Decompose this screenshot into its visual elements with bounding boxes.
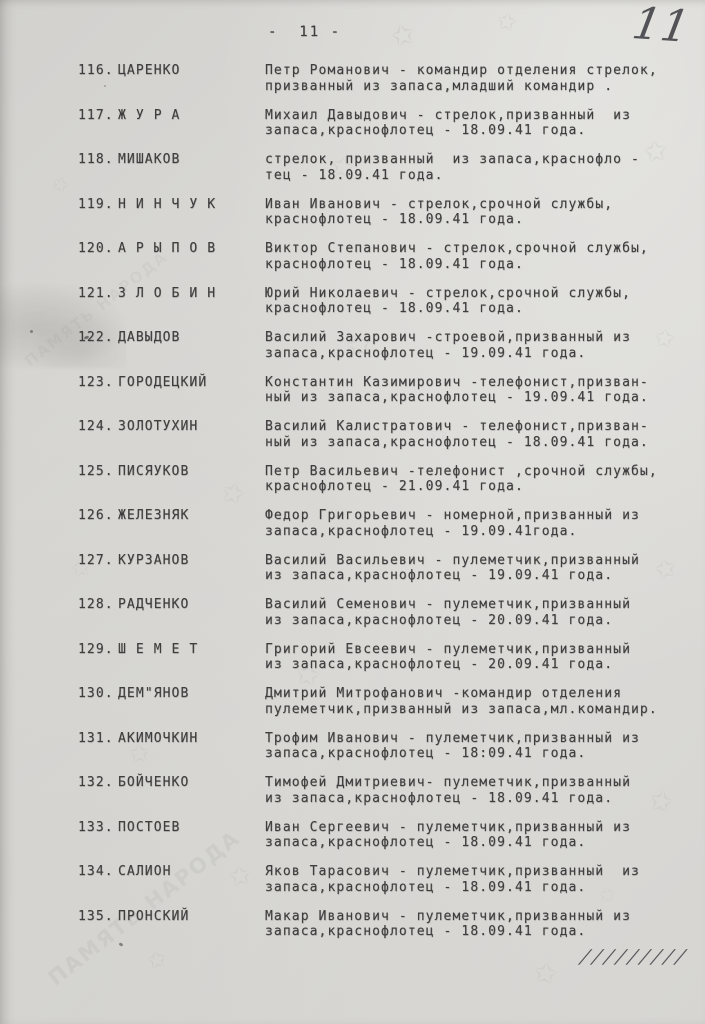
entry-description: Трофим Иванович - пулеметчик,призванный … <box>265 731 685 762</box>
entry-description: Василий Семенович - пулеметчик,призванны… <box>265 597 685 628</box>
description-line: запаса,краснофлотец - 18:09.41 года. <box>265 746 685 762</box>
entry-description: Петр Васильевич -телефонист ,срочной слу… <box>265 464 685 495</box>
entry-number: 127. <box>78 553 118 569</box>
entry-description: Петр Романович - командир отделения стре… <box>265 63 685 94</box>
entry-number: 126. <box>78 508 118 524</box>
list-entry: 130.ДЕМ"ЯНОВДмитрий Митрофанович -команд… <box>0 686 705 717</box>
entry-description: Василий Захарович -строевой,призванный и… <box>265 330 685 361</box>
description-line: Юрий Николаевич - стрелок,срочной службы… <box>265 286 685 302</box>
description-line: Григорий Евсеевич - пулеметчик,призванны… <box>265 642 685 658</box>
entry-number: 122. <box>78 330 118 346</box>
list-entry: 116.ЦАРЕНКОПетр Романович - командир отд… <box>0 63 705 94</box>
entry-number: 124. <box>78 419 118 435</box>
description-line: Макар Иванович - пулеметчик,призванный и… <box>265 909 685 925</box>
entry-description: Дмитрий Митрофанович -командир отделения… <box>265 686 685 717</box>
list-entry: 131.АКИМОЧКИНТрофим Иванович - пулеметчи… <box>0 731 705 762</box>
entry-surname: ДАВЫДОВ <box>118 330 265 346</box>
list-entry: 118.МИШАКОВстрелок, призванный из запаса… <box>0 152 705 183</box>
entry-description: Василий Васильевич - пулеметчик,призванн… <box>265 553 685 584</box>
entry-number: 131. <box>78 731 118 747</box>
entry-description: Иван Сергеевич - пулеметчик,призванный и… <box>265 820 685 851</box>
description-line: Константин Казимирович -телефонист,призв… <box>265 375 685 391</box>
description-line: Михаил Давыдович - стрелок,призванный из <box>265 108 685 124</box>
description-line: Петр Романович - командир отделения стре… <box>265 63 685 79</box>
list-entry: 127.КУРЗАНОВВасилий Васильевич - пулемет… <box>0 553 705 584</box>
list-entry: 119.Н И Н Ч У КИван Иванович - стрелок,с… <box>0 197 705 228</box>
entry-number: 133. <box>78 820 118 836</box>
description-line: пулеметчик,призванный из запаса,мл.коман… <box>265 702 685 718</box>
entry-number: 121. <box>78 286 118 302</box>
scanned-document-page: ПАМЯТЬ НАРОДА ПАМЯТЬ НАРОДА ✩✩✩✩✩✩✩✩✩✩✩✩… <box>0 0 705 1024</box>
description-line: краснофлотец - 18.09.41 года. <box>265 212 685 228</box>
list-entry: 123.ГОРОДЕЦКИЙКонстантин Казимирович -те… <box>0 375 705 406</box>
list-entry: 122.ДАВЫДОВВасилий Захарович -строевой,п… <box>0 330 705 361</box>
entry-description: Григорий Евсеевич - пулеметчик,призванны… <box>265 642 685 673</box>
entry-surname: А Р Ы П О В <box>118 241 265 257</box>
description-line: Василий Васильевич - пулеметчик,призванн… <box>265 553 685 569</box>
entry-description: Яков Тарасович - пулеметчик,призванный и… <box>265 864 685 895</box>
entry-description: Иван Иванович - стрелок,срочной службы,к… <box>265 197 685 228</box>
description-line: Иван Сергеевич - пулеметчик,призванный и… <box>265 820 685 836</box>
description-line: призванный из запаса,младший командир . <box>265 79 685 95</box>
description-line: Тимофей Дмитриевич- пулеметчик,призванны… <box>265 775 685 791</box>
list-entry: 128.РАДЧЕНКОВасилий Семенович - пулеметч… <box>0 597 705 628</box>
description-line: Василий Калистратович - телефонист,призв… <box>265 419 685 435</box>
description-line: краснофлотец - 21.09.41 года. <box>265 479 685 495</box>
description-line: Василий Семенович - пулеметчик,призванны… <box>265 597 685 613</box>
list-entry: 117.Ж У Р АМихаил Давыдович - стрелок,пр… <box>0 108 705 139</box>
entry-description: Макар Иванович - пулеметчик,призванный и… <box>265 909 685 940</box>
description-line: ный из запаса,краснофлотец - 18.09.41 го… <box>265 435 685 451</box>
handwritten-page-number: 11 <box>629 0 694 53</box>
entry-number: 134. <box>78 864 118 880</box>
description-line: из запаса,краснофлотец - 20.09.41 года. <box>265 613 685 629</box>
list-entry: 124.ЗОЛОТУХИНВасилий Калистратович - тел… <box>0 419 705 450</box>
entry-number: 120. <box>78 241 118 257</box>
list-entry: 121.З Л О Б И НЮрий Николаевич - стрелок… <box>0 286 705 317</box>
list-entry: 134.САЛИОНЯков Тарасович - пулеметчик,пр… <box>0 864 705 895</box>
entry-number: 135. <box>78 909 118 925</box>
entry-description: Василий Калистратович - телефонист,призв… <box>265 419 685 450</box>
description-line: Дмитрий Митрофанович -командир отделения <box>265 686 685 702</box>
entry-surname: ПРОНСКИЙ <box>118 909 265 925</box>
list-entry: 125.ПИСЯУКОВПетр Васильевич -телефонист … <box>0 464 705 495</box>
entry-surname: ДЕМ"ЯНОВ <box>118 686 265 702</box>
entry-description: Виктор Степанович - стрелок,срочной служ… <box>265 241 685 272</box>
entry-number: 130. <box>78 686 118 702</box>
description-line: Яков Тарасович - пулеметчик,призванный и… <box>265 864 685 880</box>
entry-number: 123. <box>78 375 118 391</box>
description-line: запаса,краснофлотец - 19.09.41года. <box>265 524 685 540</box>
handwritten-tally-marks: ///////// <box>576 946 695 968</box>
entry-number: 128. <box>78 597 118 613</box>
entry-surname: Ж У Р А <box>118 108 265 124</box>
description-line: Виктор Степанович - стрелок,срочной служ… <box>265 241 685 257</box>
entry-number: 129. <box>78 642 118 658</box>
star-watermark-icon: ✩ <box>385 10 419 55</box>
entry-number: 116. <box>78 63 118 79</box>
entry-number: 117. <box>78 108 118 124</box>
description-line: запаса,краснофлотец - 18.09.41 года. <box>265 123 685 139</box>
entry-number: 125. <box>78 464 118 480</box>
entry-number: 119. <box>78 197 118 213</box>
entry-surname: ЗОЛОТУХИН <box>118 419 265 435</box>
description-line: ный из запаса,краснофлотец - 19.09.41 го… <box>265 390 685 406</box>
entry-surname: ЦАРЕНКО <box>118 63 265 79</box>
description-line: запаса,краснофлотец - 18.09.41 года. <box>265 880 685 896</box>
entry-surname: ЖЕЛЕЗНЯК <box>118 508 265 524</box>
description-line: запаса,краснофлотец - 19.09.41 года. <box>265 346 685 362</box>
description-line: Василий Захарович -строевой,призванный и… <box>265 330 685 346</box>
description-line: тец - 18.09.41 года. <box>265 168 685 184</box>
description-line: из запаса,краснофлотец - 20.09.41 года. <box>265 657 685 673</box>
description-line: стрелок, призванный из запаса,краснофло … <box>265 152 685 168</box>
entry-surname: АКИМОЧКИН <box>118 731 265 747</box>
entry-description: стрелок, призванный из запаса,краснофло … <box>265 152 685 183</box>
entry-surname: Н И Н Ч У К <box>118 197 265 213</box>
entry-surname: Ш Е М Е Т <box>118 642 265 658</box>
list-entry: 126.ЖЕЛЕЗНЯКФедор Григорьевич - номерной… <box>0 508 705 539</box>
entry-number: 118. <box>78 152 118 168</box>
description-line: краснофлотец - 18.09.41 года. <box>265 257 685 273</box>
entry-surname: ГОРОДЕЦКИЙ <box>118 375 265 391</box>
list-entry: 120.А Р Ы П О ВВиктор Степанович - стрел… <box>0 241 705 272</box>
list-entry: 133.ПОСТОЕВИван Сергеевич - пулеметчик,п… <box>0 820 705 851</box>
description-line: Иван Иванович - стрелок,срочной службы, <box>265 197 685 213</box>
entry-description: Михаил Давыдович - стрелок,призванный из… <box>265 108 685 139</box>
typed-page-number: - 11 - <box>268 24 341 40</box>
entry-surname: МИШАКОВ <box>118 152 265 168</box>
entry-surname: З Л О Б И Н <box>118 286 265 302</box>
description-line: запаса,краснофлотец - 18.09.41 года. <box>265 924 685 940</box>
entry-surname: РАДЧЕНКО <box>118 597 265 613</box>
entry-description: Юрий Николаевич - стрелок,срочной службы… <box>265 286 685 317</box>
description-line: из запаса,краснофлотец - 19.09.41 года. <box>265 568 685 584</box>
description-line: запаса,краснофлотец - 18.09.41 года. <box>265 835 685 851</box>
description-line: Петр Васильевич -телефонист ,срочной слу… <box>265 464 685 480</box>
description-line: из запаса,краснофлотец - 18.09.41 года. <box>265 791 685 807</box>
entry-description: Тимофей Дмитриевич- пулеметчик,призванны… <box>265 775 685 806</box>
entry-surname: БОЙЧЕНКО <box>118 775 265 791</box>
list-entry: 135.ПРОНСКИЙМакар Иванович - пулеметчик,… <box>0 909 705 940</box>
description-line: Федор Григорьевич - номерной,призванный … <box>265 508 685 524</box>
entry-surname: КУРЗАНОВ <box>118 553 265 569</box>
entry-description: Федор Григорьевич - номерной,призванный … <box>265 508 685 539</box>
entry-surname: САЛИОН <box>118 864 265 880</box>
list-entry: 132.БОЙЧЕНКОТимофей Дмитриевич- пулеметч… <box>0 775 705 806</box>
entry-number: 132. <box>78 775 118 791</box>
star-watermark-icon: ✩ <box>531 949 560 992</box>
list-entry: 129.Ш Е М Е ТГригорий Евсеевич - пулемет… <box>0 642 705 673</box>
entry-description: Константин Казимирович -телефонист,призв… <box>265 375 685 406</box>
entry-surname: ПОСТОЕВ <box>118 820 265 836</box>
entry-surname: ПИСЯУКОВ <box>118 464 265 480</box>
entries-list: 116.ЦАРЕНКОПетр Романович - командир отд… <box>0 63 705 953</box>
description-line: краснофлотец - 18.09.41 года. <box>265 301 685 317</box>
star-watermark-icon: ✩ <box>494 0 520 37</box>
description-line: Трофим Иванович - пулеметчик,призванный … <box>265 731 685 747</box>
